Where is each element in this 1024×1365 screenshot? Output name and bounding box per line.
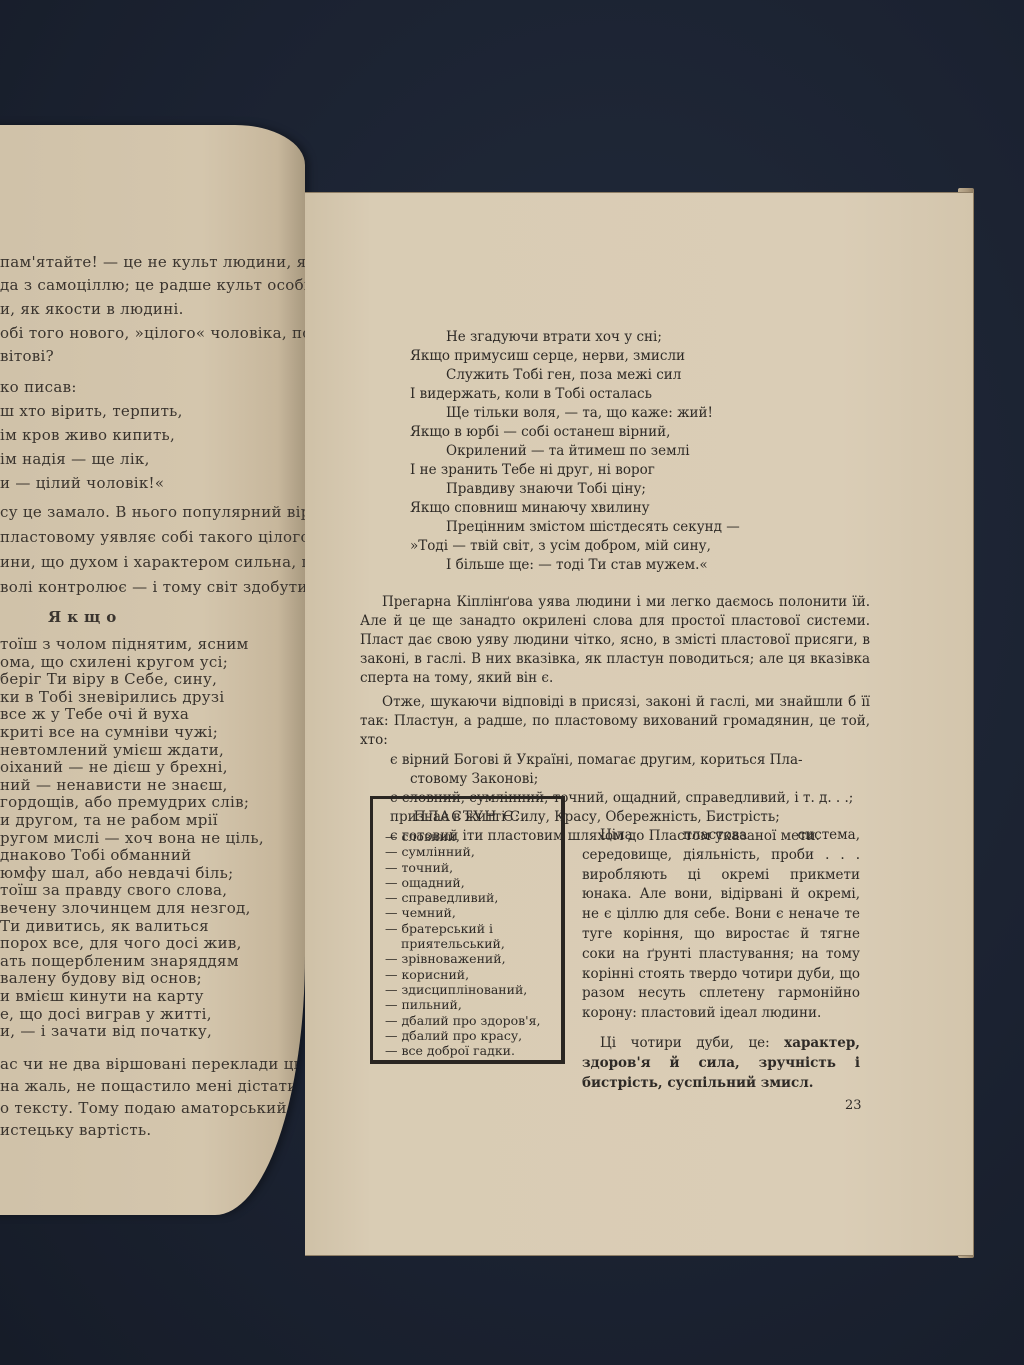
box-title: ПЛАСТУН Є: bbox=[385, 809, 561, 825]
poem-line: Правдиву знаючи Тобі ціну; bbox=[410, 480, 830, 499]
page-number: 23 bbox=[845, 1098, 862, 1113]
poem-line: днаково Тобі обманний bbox=[0, 846, 191, 864]
box-item: — точний, bbox=[385, 860, 561, 875]
poem-line: Ти дивитись, як валиться bbox=[0, 917, 209, 935]
poem-line: Служить Тобі ген, поза межі сил bbox=[410, 366, 830, 385]
poem-line: »Тоді — твій світ, з усім добром, мій си… bbox=[410, 537, 830, 556]
poem-line: Якщо примусиш серце, нерви, змисли bbox=[410, 347, 830, 366]
left-text-line: пластовому уявляє собі такого цілого чол… bbox=[0, 528, 305, 546]
poem-line: ома, що схилені кругом усі; bbox=[0, 653, 228, 671]
box-item: — здисциплінований, bbox=[385, 982, 561, 997]
paragraph-text: Отже, шукаючи відповіді в присязі, закон… bbox=[360, 693, 870, 750]
poem-line: тоїш з чолом піднятим, ясним bbox=[0, 635, 249, 653]
left-text-line: да з самоціллю; це радше культ особисто bbox=[0, 276, 305, 294]
left-text-line: обі того нового, »цілого« чоловіка, потр… bbox=[0, 324, 305, 342]
poem-line: ругом мислі — хоч вона не ціль, bbox=[0, 829, 264, 847]
box-item: — зрівноважений, bbox=[385, 951, 561, 966]
box-item: — справедливий, bbox=[385, 890, 561, 905]
paragraph-text: Прегарна Кіплінґова уява людини і ми лег… bbox=[360, 593, 870, 688]
poem-line: невтомлений умієш ждати, bbox=[0, 741, 224, 759]
left-text-line: су це замало. В нього популярний вірш Кі… bbox=[0, 503, 305, 521]
box-item: — все доброї гадки. bbox=[385, 1043, 561, 1058]
left-text-line: ини, що духом і характером сильна, що св… bbox=[0, 553, 305, 571]
closing-line: на жаль, не пощастило мені дістати в теп… bbox=[0, 1077, 305, 1095]
poem-line: беріг Ти віру в Себе, сину, bbox=[0, 670, 217, 688]
poem-line: тоїш за правду свого слова, bbox=[0, 881, 227, 899]
box-item: — сумлінний, bbox=[385, 844, 561, 859]
paragraph-text: Ціла пластова система, середовище, діяль… bbox=[582, 826, 860, 1024]
box-item: приятельський, bbox=[385, 936, 561, 951]
paragraph-kipling-vision: Прегарна Кіплінґова уява людини і ми лег… bbox=[360, 593, 870, 688]
box-item: — словний, bbox=[385, 829, 561, 844]
closing-line: о тексту. Тому подаю аматорський перекла… bbox=[0, 1099, 305, 1117]
poem-line: и вмієш кинути на карту bbox=[0, 987, 204, 1005]
poem-line: Прецінним змістом шістдесять секунд — bbox=[410, 518, 830, 537]
poem-line: порох все, для чого досі жив, bbox=[0, 934, 242, 952]
left-text-line: волі контролює — і тому світ здобути пот bbox=[0, 578, 305, 596]
poem-line: вечену злочинцем для незгод, bbox=[0, 899, 251, 917]
four-oaks-paragraph: Ці чотири дуби, це: характер, здоров'я й… bbox=[582, 1034, 860, 1093]
left-text-line: ш хто вірить, терпить, bbox=[0, 402, 183, 420]
left-text-line: вітові? bbox=[0, 347, 54, 365]
left-text-line: ім надія — ще лік, bbox=[0, 450, 150, 468]
poem-line: Окрилений — та йтимеш по землі bbox=[410, 442, 830, 461]
poem-line: оіханий — не дієш у брехні, bbox=[0, 758, 228, 776]
poem-line: криті все на сумніви чужі; bbox=[0, 723, 218, 741]
poem-line: Не згадуючи втрати хоч у сні; bbox=[410, 328, 830, 347]
poem-line: валену будову від основ; bbox=[0, 969, 202, 987]
left-text-line: и, як якости в людині. bbox=[0, 300, 184, 318]
poem-continuation: Не згадуючи втрати хоч у сні;Якщо примус… bbox=[410, 328, 830, 575]
poem-line: е, що досі виграв у житті, bbox=[0, 1005, 212, 1023]
paragraph-oath-search: Отже, шукаючи відповіді в присязі, закон… bbox=[360, 693, 870, 750]
poem-line: и другом, та не рабом мрії bbox=[0, 811, 218, 829]
poem-line: юмфу шал, або невдачі біль; bbox=[0, 864, 233, 882]
poem-line: и, — і зачати від початку, bbox=[0, 1022, 212, 1040]
closing-line: истецьку вартість. bbox=[0, 1121, 151, 1139]
box-item: — ощадний, bbox=[385, 875, 561, 890]
box-item: — дбалий про красу, bbox=[385, 1028, 561, 1043]
poem-line: ний — ненависти не знаєш, bbox=[0, 776, 228, 794]
left-text-line: ім кров живо кипить, bbox=[0, 426, 175, 444]
right-page: Не згадуючи втрати хоч у сні;Якщо примус… bbox=[305, 193, 973, 1255]
poem-line: все ж у Тебе очі й вуха bbox=[0, 705, 189, 723]
poem-line: Ще тільки воля, — та, що каже: жий! bbox=[410, 404, 830, 423]
left-text-line: пам'ятайте! — це не культ людини, як окр… bbox=[0, 253, 305, 271]
box-item: — братерський і bbox=[385, 921, 561, 936]
poem-line: І видержать, коли в Тобі осталась bbox=[410, 385, 830, 404]
poem-line: Якщо в юрбі — собі останеш вірний, bbox=[410, 423, 830, 442]
poem-line: гордощів, або премудрих слів; bbox=[0, 793, 249, 811]
plastun-box: ПЛАСТУН Є: — словний,— сумлінний,— точни… bbox=[370, 796, 565, 1064]
box-item: — дбалий про здоров'я, bbox=[385, 1013, 561, 1028]
box-item: — чемний, bbox=[385, 905, 561, 920]
box-items: — словний,— сумлінний,— точний,— ощадний… bbox=[385, 829, 561, 1058]
poem-line: І не зранить Тебе ні друг, ні ворог bbox=[410, 461, 830, 480]
four-oaks-lead: Ці чотири дуби, це: bbox=[600, 1035, 784, 1051]
poem-title: Якщо bbox=[48, 608, 122, 626]
closing-line: ас чи не два віршовані переклади цього К… bbox=[0, 1055, 305, 1073]
side-paragraph: Ціла пластова система, середовище, діяль… bbox=[582, 826, 860, 1093]
poem-line: ать пощербленим знаряддям bbox=[0, 952, 239, 970]
poem-line: Якщо сповниш минаючу хвилину bbox=[410, 499, 830, 518]
left-text-line: ко писав: bbox=[0, 378, 77, 396]
left-page: пам'ятайте! — це не культ людини, як окр… bbox=[0, 125, 305, 1215]
list-item: є вірний Богові й Україні, помагає други… bbox=[390, 751, 870, 770]
left-text-line: и — цілий чоловік!« bbox=[0, 474, 164, 492]
box-item: — корисний, bbox=[385, 967, 561, 982]
poem-line: І більше ще: — тоді Ти став мужем.« bbox=[410, 556, 830, 575]
poem-line: ки в Тобі зневірились друзі bbox=[0, 688, 225, 706]
box-item: — пильний, bbox=[385, 997, 561, 1012]
list-item: стовому Законові; bbox=[390, 770, 870, 789]
